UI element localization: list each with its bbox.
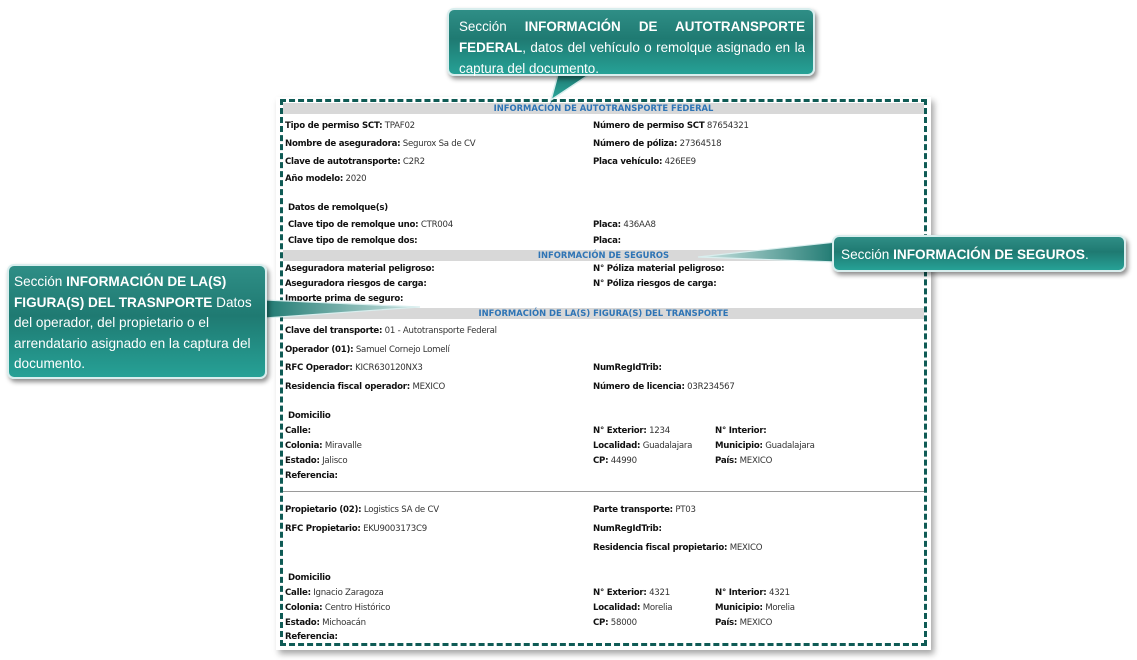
callout-autotransporte: Sección INFORMACIÓN DE AUTOTRANSPORTE FE… — [447, 8, 815, 76]
pointer-seguros — [698, 242, 836, 262]
callout-seguros: Sección INFORMACIÓN DE SEGUROS. — [832, 235, 1126, 272]
pointer-figuras — [265, 300, 420, 318]
callout-figuras: Sección INFORMACIÓN DE LA(S) FIGURA(S) D… — [7, 264, 267, 379]
